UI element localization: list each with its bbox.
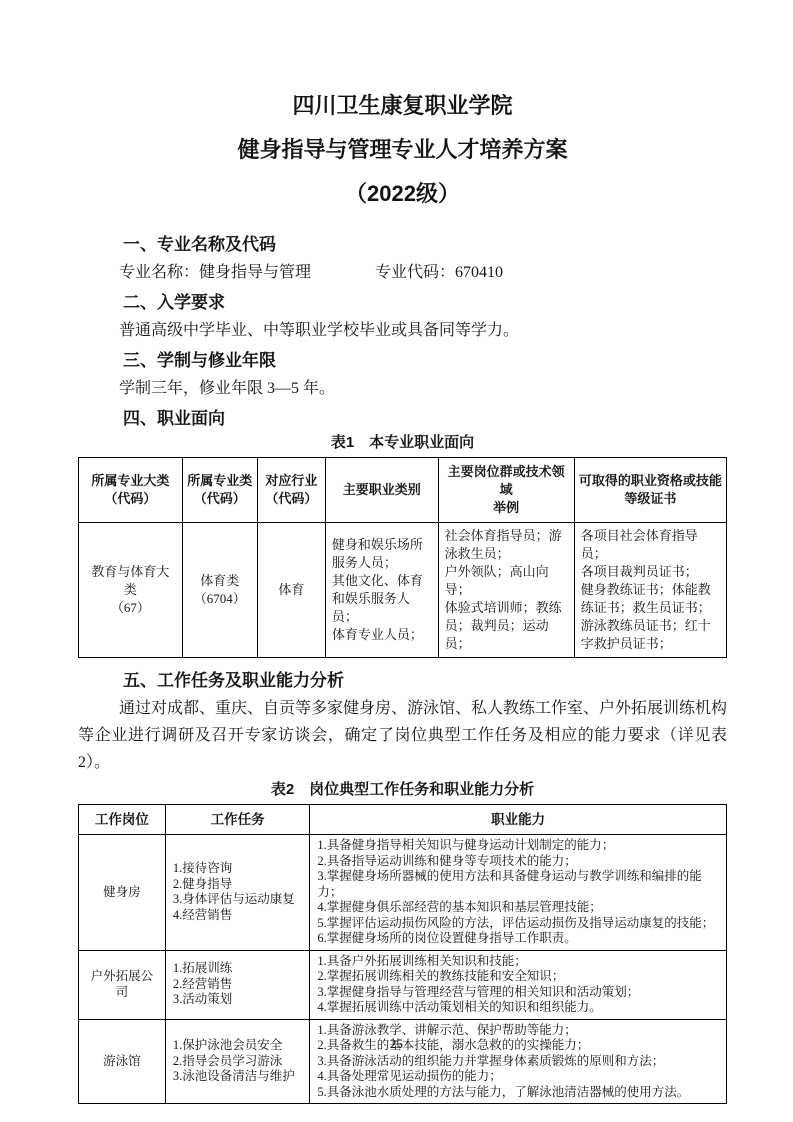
document-page: 四川卫生康复职业学院 健身指导与管理专业人才培养方案 （2022级） 一、专业名… [0, 0, 793, 1122]
cell-abilities: 1.具备健身指导相关知识与健身运动计划制定的能力； 2.具备指导运动训练和健身等… [310, 835, 727, 951]
major-name-code-line: 专业名称：健身指导与管理 专业代码：670410 [78, 259, 727, 286]
task-ability-table: 工作岗位 工作任务 职业能力 健身房 1.接待咨询 2.健身指导 3.身体评估与… [78, 804, 727, 1104]
table-row-gym: 健身房 1.接待咨询 2.健身指导 3.身体评估与运动康复 4.经营销售 1.具… [79, 835, 727, 951]
title-line-program: 健身指导与管理专业人才培养方案 [78, 128, 727, 172]
cell-occupation-types: 健身和娱乐场所服务人员； 其他文化、体育和娱乐服务人员； 体育专业人员； [325, 523, 438, 658]
admission-requirement-text: 普通高级中学毕业、中等职业学校毕业或具备同等学力。 [78, 317, 727, 344]
document-title: 四川卫生康复职业学院 健身指导与管理专业人才培养方案 （2022级） [78, 84, 727, 216]
col-header-occupation-types: 主要职业类别 [325, 458, 438, 523]
table1-caption: 表1 本专业职业面向 [78, 433, 727, 453]
analysis-intro-text: 通过对成都、重庆、自贡等多家健身房、游泳馆、私人教练工作室、户外拓展训练机构等企… [78, 695, 727, 776]
career-orientation-table: 所属专业大类 （代码） 所属专业类 （代码） 对应行业 （代码） 主要职业类别 … [78, 457, 727, 658]
cell-abilities: 1.具备游泳教学、讲解示范、保护帮助等能力； 2.具备救生的基本技能，溺水急救的… [310, 1019, 727, 1104]
col-header-abilities: 职业能力 [310, 805, 727, 835]
cell-tasks: 1.拓展训练 2.经营销售 3.活动策划 [165, 950, 310, 1019]
title-line-cohort: （2022级） [78, 172, 727, 216]
table-row-natatorium: 游泳馆 1.保护泳池会员安全 2.指导会员学习游泳 3.泳池设备清洁与维护 1.… [79, 1019, 727, 1104]
major-name: 专业名称：健身指导与管理 [78, 259, 311, 286]
col-header-industry: 对应行业 （代码） [257, 458, 325, 523]
col-header-post-groups: 主要岗位群或技术领域 举例 [438, 458, 574, 523]
col-header-certificates: 可取得的职业资格或技能 等级证书 [574, 458, 726, 523]
major-code: 专业代码：670410 [375, 259, 503, 286]
col-header-tasks: 工作任务 [165, 805, 310, 835]
cell-post-groups: 社会体育指导员；游泳救生员； 户外领队；高山向导； 体验式培训师；教练员；裁判员… [438, 523, 574, 658]
cell-post: 游泳馆 [79, 1019, 166, 1104]
page-number: 25 [0, 1036, 793, 1052]
cell-post: 户外拓展公司 [79, 950, 166, 1019]
title-line-school: 四川卫生康复职业学院 [78, 84, 727, 128]
section4-heading: 四、职业面向 [78, 408, 727, 429]
section5-heading: 五、工作任务及职业能力分析 [78, 670, 727, 691]
study-duration-text: 学制三年，修业年限 3—5 年。 [78, 375, 727, 402]
col-header-major-class: 所属专业类 （代码） [182, 458, 257, 523]
table-row-outdoor: 户外拓展公司 1.拓展训练 2.经营销售 3.活动策划 1.具备户外拓展训练相关… [79, 950, 727, 1019]
table-row: 教育与体育大类 （67） 体育类 （6704） 体育 健身和娱乐场所服务人员； … [79, 523, 727, 658]
table-header-row: 工作岗位 工作任务 职业能力 [79, 805, 727, 835]
section2-heading: 二、入学要求 [78, 292, 727, 313]
table2-caption: 表2 岗位典型工作任务和职业能力分析 [78, 780, 727, 800]
cell-tasks: 1.保护泳池会员安全 2.指导会员学习游泳 3.泳池设备清洁与维护 [165, 1019, 310, 1104]
cell-abilities: 1.具备户外拓展训练相关知识和技能； 2.掌握拓展训练相关的教练技能和安全知识；… [310, 950, 727, 1019]
cell-industry: 体育 [257, 523, 325, 658]
cell-post: 健身房 [79, 835, 166, 951]
section1-heading: 一、专业名称及代码 [78, 234, 727, 255]
cell-major-class: 体育类 （6704） [182, 523, 257, 658]
cell-certificates: 各项目社会体育指导员； 各项目裁判员证书； 健身教练证书；体能教练证书；救生员证… [574, 523, 726, 658]
cell-tasks: 1.接待咨询 2.健身指导 3.身体评估与运动康复 4.经营销售 [165, 835, 310, 951]
table-header-row: 所属专业大类 （代码） 所属专业类 （代码） 对应行业 （代码） 主要职业类别 … [79, 458, 727, 523]
col-header-post: 工作岗位 [79, 805, 166, 835]
section3-heading: 三、学制与修业年限 [78, 350, 727, 371]
cell-major-category: 教育与体育大类 （67） [79, 523, 183, 658]
col-header-major-category: 所属专业大类 （代码） [79, 458, 183, 523]
